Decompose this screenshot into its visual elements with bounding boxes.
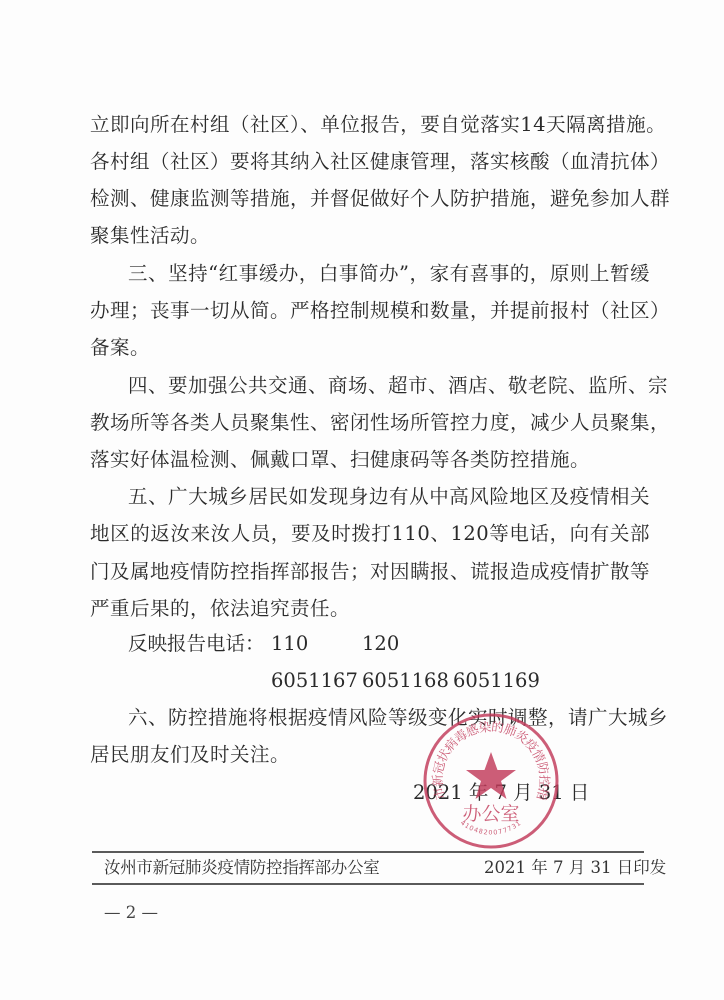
item-4-line-1: 四、要加强公共交通、商场、超市、酒店、敬老院、监所、宗 [128, 373, 650, 399]
seal-center-text: 办公室 [462, 803, 519, 825]
item-5-line-2: 地区的返汝来汝人员，要及时拨打110、120等电话，向有关部 [90, 521, 650, 547]
item-5-line-1: 五、广大城乡居民如发现身边有从中高风险地区及疫情相关 [128, 484, 650, 510]
paragraph-2-line-3: 检测、健康监测等措施，并督促做好个人防护措施，避免参加人群 [90, 186, 650, 212]
document-page: 立即向所在村组（社区）、单位报告，要自觉落实14天隔离措施。 各村组（社区）要将… [0, 0, 724, 1000]
item-3-line-2: 办理；丧事一切从简。严格控制规模和数量，并提前报村（社区） [90, 298, 650, 324]
phone-6051167: 6051167 [271, 668, 358, 694]
item-3-line-1: 三、坚持“红事缓办，白事简办”，家有喜事的，原则上暂缓 [128, 261, 650, 287]
paragraph-2-line-2: 各村组（社区）要将其纳入社区健康管理，落实核酸（血清抗体） [90, 149, 650, 175]
page-number: — 2 — [104, 902, 158, 924]
phone-6051168: 6051168 [362, 668, 449, 694]
report-phones-label: 反映报告电话： [128, 631, 265, 657]
seal-code: 4104820077731 [459, 819, 523, 837]
phone-120: 120 [362, 631, 399, 657]
paragraph-2-line-1: 立即向所在村组（社区）、单位报告，要自觉落实14天隔离措施。 [90, 112, 650, 138]
item-4-line-3: 落实好体温检测、佩戴口罩、扫健康码等各类防控措施。 [90, 447, 650, 473]
item-6-line-2: 居民朋友们及时关注。 [90, 742, 650, 768]
item-4-line-2: 教场所等各类人员聚集性、密闭性场所管控力度，减少人员聚集， [90, 410, 650, 436]
report-phones-row-1: 反映报告电话： 110 120 [128, 631, 528, 657]
phone-6051169: 6051169 [453, 668, 540, 694]
footer-top-rule [92, 851, 644, 853]
item-3-line-3: 备案。 [90, 335, 650, 361]
item-6-line-1: 六、防控措施将根据疫情风险等级变化实时调整，请广大城乡 [128, 705, 650, 731]
item-5-line-4: 严重后果的，依法追究责任。 [90, 596, 650, 622]
footer-bottom-rule [92, 883, 644, 885]
phone-110: 110 [271, 631, 308, 657]
signature-date: 2021 年 7 月 31 日 [413, 780, 589, 806]
footer-issuer: 汝州市新冠肺炎疫情防控指挥部办公室 [104, 857, 379, 879]
svg-text:4104820077731: 4104820077731 [459, 819, 523, 837]
report-phones-row-2: 6051167 6051168 6051169 [271, 668, 571, 694]
item-5-line-3: 门及属地疫情防控指挥部报告；对因瞒报、谎报造成疫情扩散等 [90, 559, 650, 585]
paragraph-2-line-4: 聚集性活动。 [90, 223, 650, 249]
footer-issue-date: 2021 年 7 月 31 日印发 [484, 857, 666, 879]
